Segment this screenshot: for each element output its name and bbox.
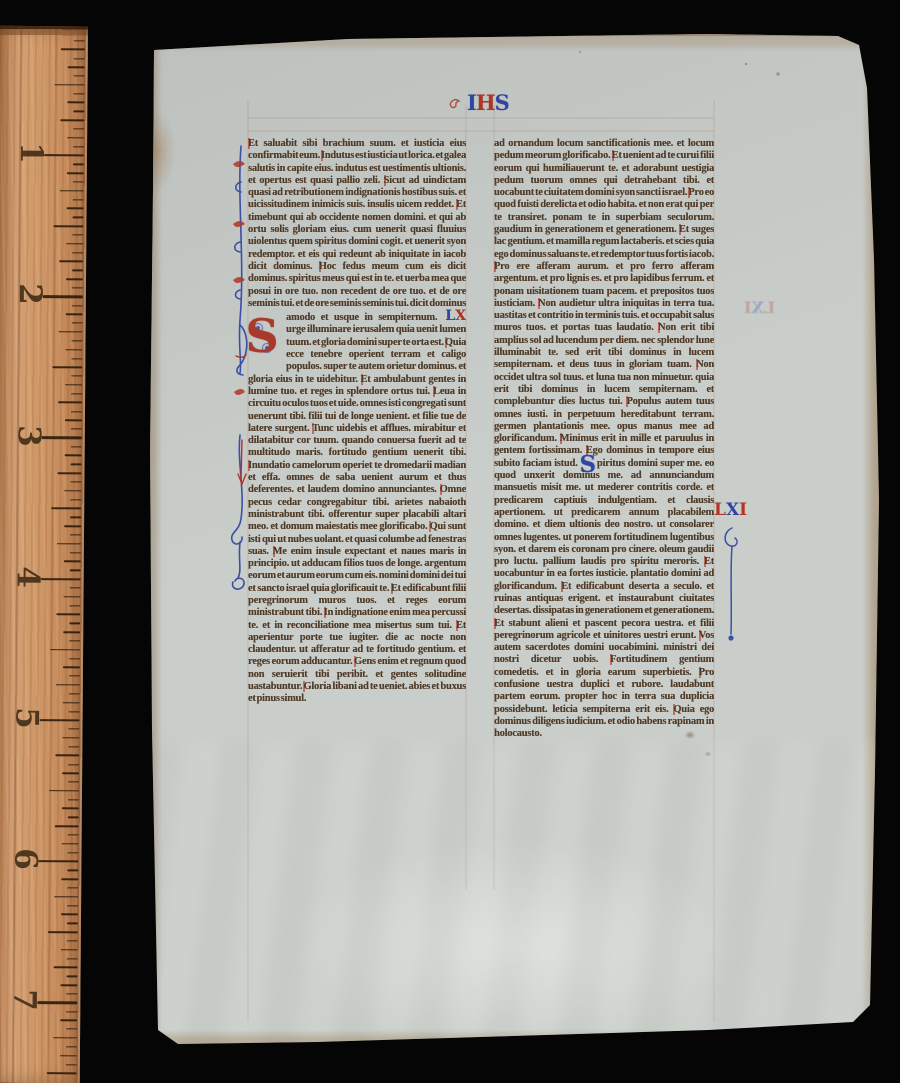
right-column-text-a: ad ornandum locum sanctificationis mee. … [494,138,714,469]
right-column-text-b: piritus domini super me. eo quod unxerit… [494,458,714,740]
ruler-number: 7 [6,978,42,1022]
running-title-ihs: IHS [448,88,509,118]
chapter-numeral-lx: LX [445,308,466,324]
showthrough-numeral-lxi: LXI [744,298,775,317]
left-column-text-a: Et saluabit sibi brachium suum. et iusti… [248,138,466,323]
ruler-number: 6 [7,837,43,881]
illuminated-initial-s-red: S [248,312,282,362]
ruler-numbers: 1234567 [0,26,88,1083]
penwork-flourish-icon [448,95,464,111]
wooden-ruler: 1234567 [0,26,88,1083]
lxi-penwork-flourish [714,522,754,652]
left-column-text-b: urge illuminare ierusalem quia uenit lum… [248,324,466,704]
manuscript-leaf: IHS Et saluabit sibi brachium suum. et i… [148,30,882,1046]
text-column-right: ad ornandum locum sanctificationis mee. … [494,138,714,840]
ruler-number: 1 [13,131,49,175]
chapter-numeral-lxi: LXI [714,500,747,520]
text-column-left: Et saluabit sibi brachium suum. et iusti… [248,138,466,832]
ruler-number: 3 [11,414,47,458]
ruler-number: 2 [12,272,48,316]
ruler-number: 4 [10,555,46,599]
ruler-number: 5 [8,696,44,740]
running-title-letters: IHS [467,92,509,115]
photo-canvas: { "photo": { "description": "Medieval il… [0,0,900,1083]
